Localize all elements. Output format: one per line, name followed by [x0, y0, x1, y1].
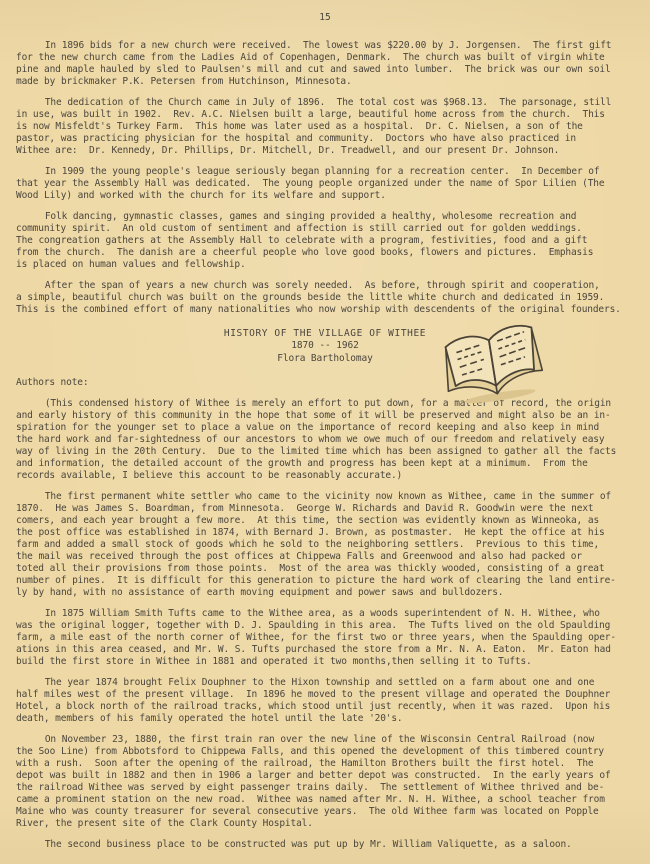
authors-note-paragraph: (This condensed history of Withee is mer… — [16, 398, 634, 482]
paragraph-first-settler: The first permanent white settler who ca… — [16, 491, 634, 599]
paragraph-church-bids: In 1896 bids for a new church were recei… — [16, 40, 634, 88]
paragraph-new-church-1959: After the span of years a new church was… — [16, 280, 634, 316]
paragraph-tufts: In 1875 William Smith Tufts came to the … — [16, 608, 634, 668]
open-book-icon — [433, 324, 553, 406]
paragraph-second-business: The second business place to be construc… — [16, 839, 634, 851]
scanned-document-page: 15 In 1896 bids for a new church were re… — [0, 0, 650, 851]
page-number: 15 — [16, 12, 634, 24]
paragraph-young-peoples-league: In 1909 the young people's league seriou… — [16, 166, 634, 202]
paragraph-church-dedication: The dedication of the Church came in Jul… — [16, 97, 634, 157]
paragraph-folk-dancing: Folk dancing, gymnastic classes, games a… — [16, 211, 634, 271]
paragraph-douphner: The year 1874 brought Felix Douphner to … — [16, 677, 634, 725]
paragraph-railroad: On November 23, 1880, the first train ra… — [16, 734, 634, 830]
